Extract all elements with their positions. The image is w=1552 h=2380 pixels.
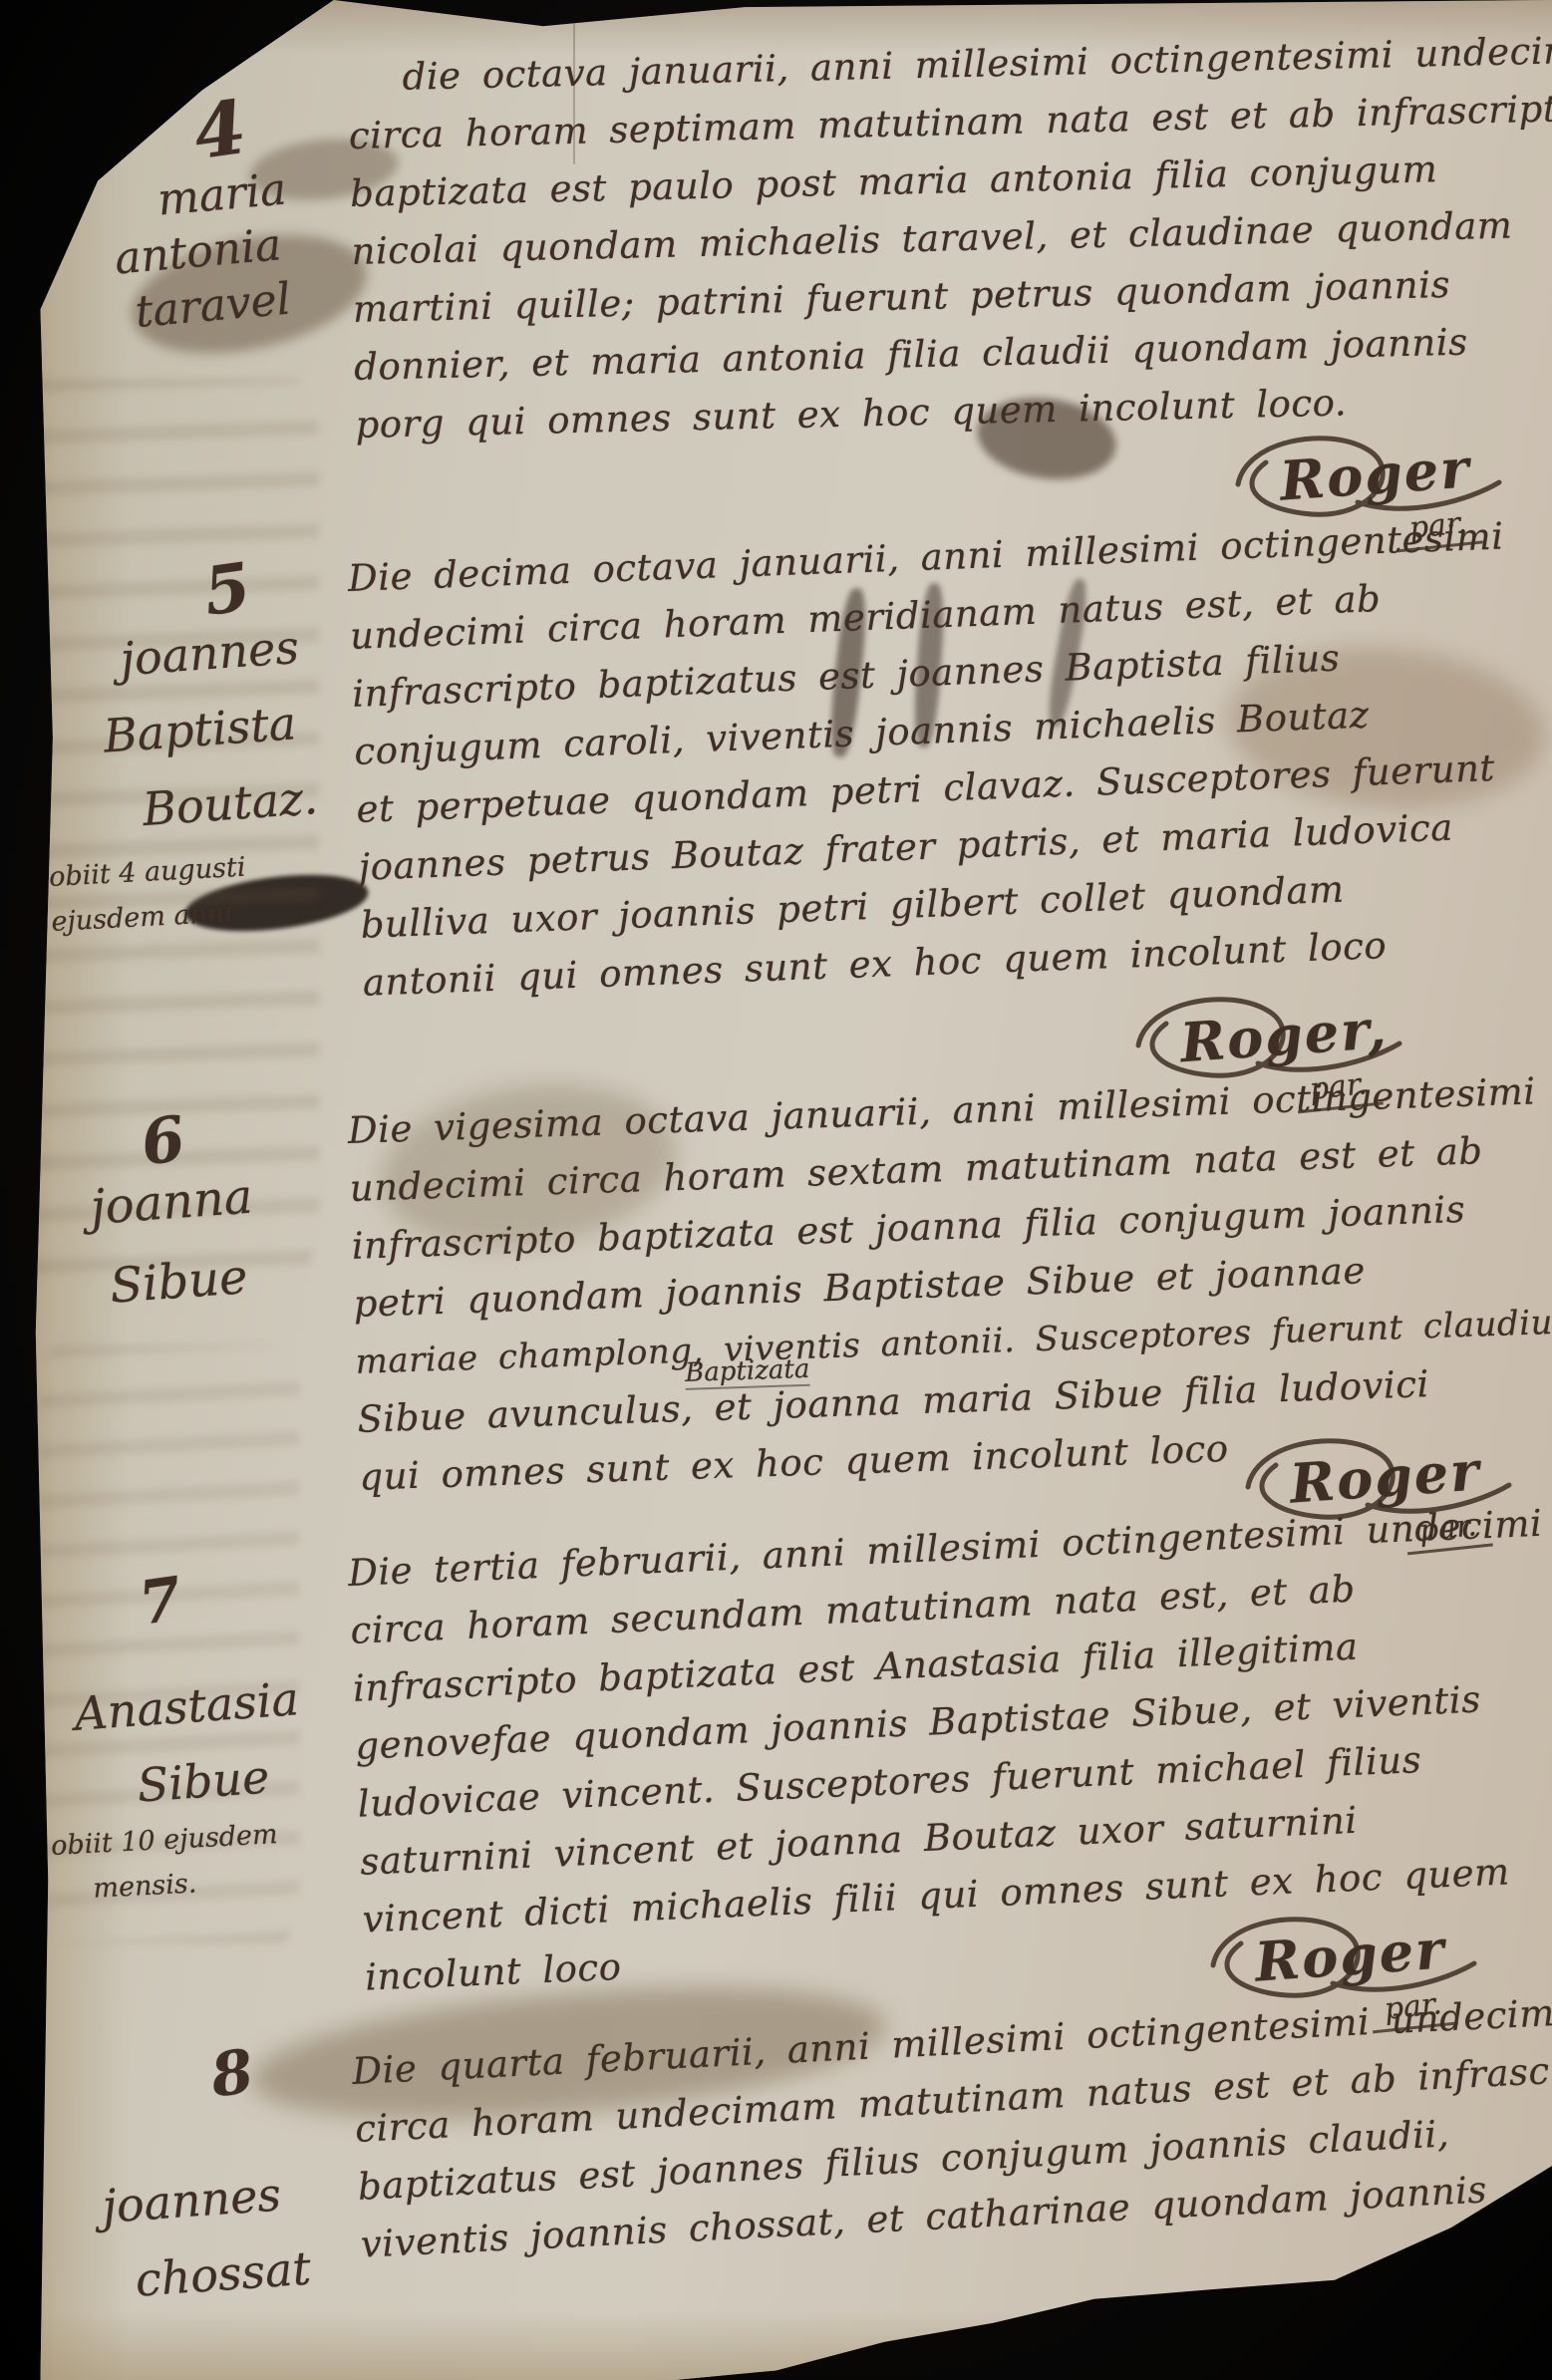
entry-text: Die quarta februarii, anni millesimi oct… xyxy=(351,1980,1552,2274)
entry-number: 8 xyxy=(206,2036,257,2111)
margin-name-line: joannes xyxy=(100,2155,308,2244)
entry-number: 7 xyxy=(135,1564,185,1638)
inserted-word: Baptizata xyxy=(685,1354,810,1390)
margin-name: joanna Sibue xyxy=(88,1157,261,1328)
margin-name-line: joanna xyxy=(88,1157,255,1248)
scanned-register-page: { "page": { "paper_color": "#cbc5b6", "i… xyxy=(0,0,1552,2380)
margin-name: joannes chossat xyxy=(100,2155,313,2320)
margin-name-line: Anastasia xyxy=(72,1660,301,1752)
margin-name: joannes Baptista Boutaz. xyxy=(96,608,320,849)
entry-text: Die decima octava januarii, anni millesi… xyxy=(347,507,1519,1012)
manuscript-paper: 4 maria antonia taravel die octava janua… xyxy=(0,0,1552,2380)
margin-name-line: Baptista xyxy=(101,684,315,773)
margin-name-line: Boutaz. xyxy=(107,759,321,849)
margin-name: Anastasia Sibue xyxy=(72,1660,307,1827)
entry-text: die octava januarii, anni millesimi octi… xyxy=(347,22,1552,454)
margin-name: maria antonia taravel xyxy=(108,162,298,342)
entry-number: 4 xyxy=(188,85,251,176)
signature-name: Roger xyxy=(1253,1917,1447,1993)
margin-name-line: chossat xyxy=(105,2231,313,2320)
signature-name: Roger xyxy=(1278,436,1472,512)
margin-name-line: Sibue xyxy=(94,1236,261,1327)
margin-note-line: ejusdem anni xyxy=(50,890,249,945)
margin-death-note: obiit 4 augusti ejusdem anni xyxy=(48,845,249,945)
margin-name-line: joannes xyxy=(96,608,310,698)
margin-death-note: obiit 10 ejusdem mensis. xyxy=(50,1812,281,1914)
